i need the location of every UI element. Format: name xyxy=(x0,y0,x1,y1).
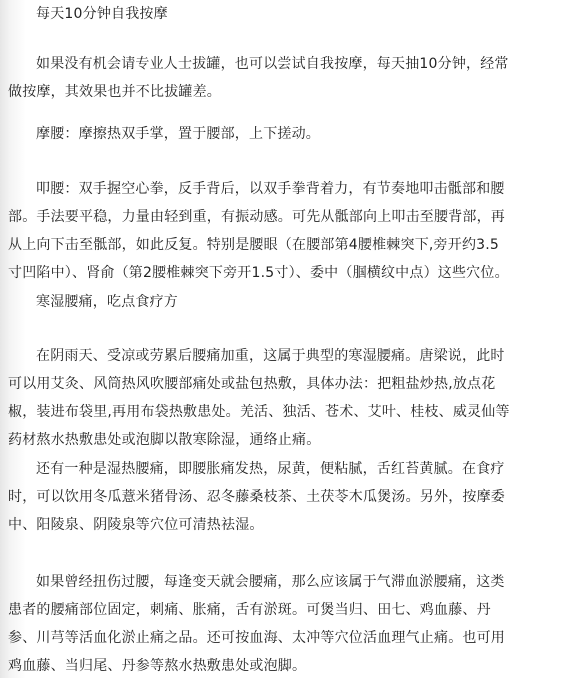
paragraph-intro: 如果没有机会请专业人士拔罐，也可以尝试自我按摩，每天抽10分钟，经常做按摩，其效… xyxy=(8,50,512,106)
paragraph-tap-waist: 叩腰：双手握空心拳，反手背后，以双手拳背着力，有节奏地叩击骶部和腰部。手法要平稳… xyxy=(8,175,512,287)
paragraph-rub-waist: 摩腰：摩擦热双手掌，置于腰部，上下搓动。 xyxy=(8,120,512,148)
section-heading-diet: 寒湿腰痛，吃点食疗方 xyxy=(8,288,512,316)
paragraph-damp-heat: 还有一种是湿热腰痛，即腰胀痛发热，尿黄，便粘腻，舌红苔黄腻。在食疗时，可以饮用冬… xyxy=(8,455,512,539)
article-title: 每天10分钟自我按摩 xyxy=(8,0,512,28)
paragraph-blood-stasis: 如果曾经扭伤过腰，每逢变天就会腰痛，那么应该属于气滞血淤腰痛，这类患者的腰痛部位… xyxy=(8,568,512,678)
paragraph-cold-damp: 在阴雨天、受凉或劳累后腰痛加重，这属于典型的寒湿腰痛。唐梁说，此时可以用艾灸、风… xyxy=(8,342,512,454)
article-body: 每天10分钟自我按摩 如果没有机会请专业人士拔罐，也可以尝试自我按摩，每天抽10… xyxy=(0,0,572,678)
